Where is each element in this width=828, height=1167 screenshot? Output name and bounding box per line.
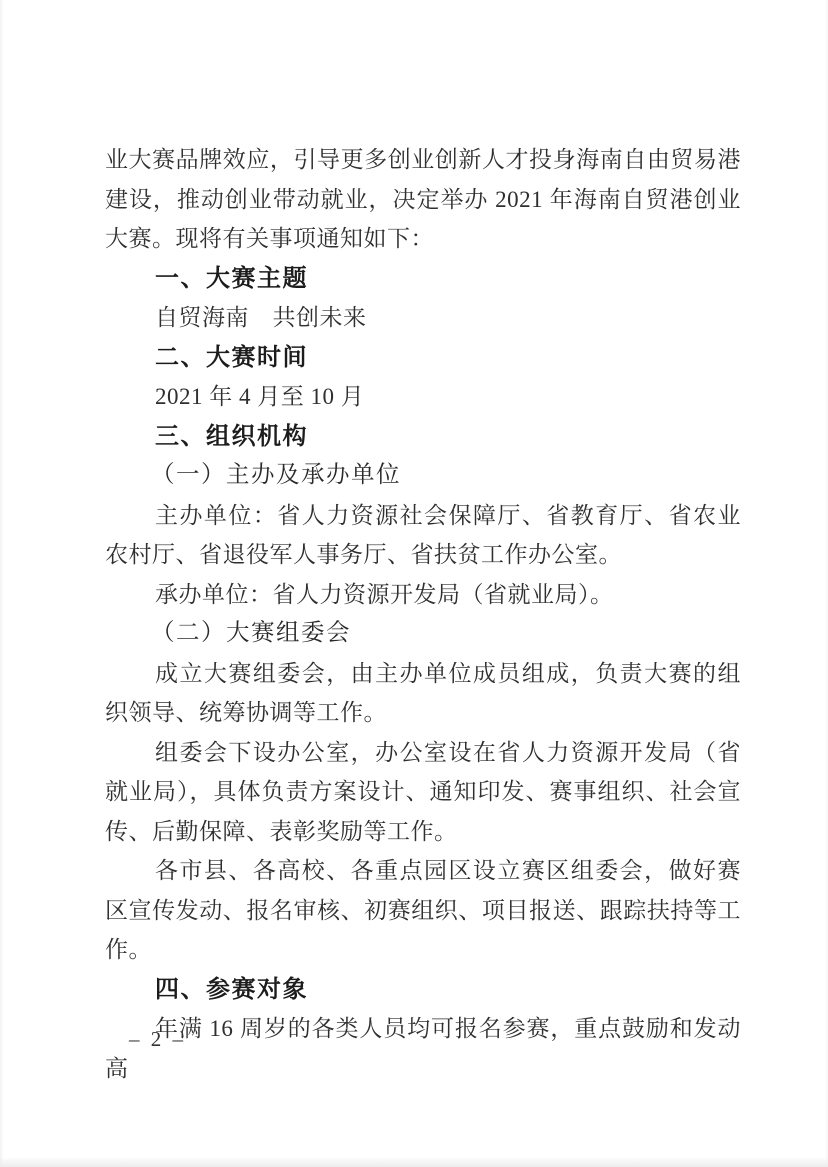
theme-text: 自贸海南 共创未来 bbox=[105, 298, 741, 338]
document-content: 业大赛品牌效应，引导更多创业创新人才投身海南自由贸易港建设，推动创业带动就业，决… bbox=[105, 140, 741, 1088]
undertaker-paragraph: 承办单位：省人力资源开发局（省就业局）。 bbox=[105, 575, 741, 615]
intro-paragraph: 业大赛品牌效应，引导更多创业创新人才投身海南自由贸易港建设，推动创业带动就业，决… bbox=[105, 140, 741, 259]
committee-paragraph-3: 各市县、各高校、各重点园区设立赛区组委会，做好赛区宣传发动、报名审核、初赛组织、… bbox=[105, 851, 741, 970]
page-edge-left bbox=[0, 0, 4, 1167]
time-text: 2021 年 4 月至 10 月 bbox=[105, 377, 741, 417]
section-heading-organization: 三、组织机构 bbox=[105, 417, 741, 457]
document-page: 业大赛品牌效应，引导更多创业创新人才投身海南自由贸易港建设，推动创业带动就业，决… bbox=[0, 0, 828, 1167]
page-edge-bottom bbox=[0, 1157, 828, 1167]
page-number: – 2 – bbox=[129, 1027, 186, 1052]
host-units-paragraph: 主办单位：省人力资源社会保障厅、省教育厅、省农业农村厅、省退役军人事务厅、省扶贫… bbox=[105, 496, 741, 575]
section-heading-participants: 四、参赛对象 bbox=[105, 970, 741, 1010]
committee-paragraph-2: 组委会下设办公室，办公室设在省人力资源开发局（省就业局），具体负责方案设计、通知… bbox=[105, 733, 741, 852]
subheading-host-units: （一）主办及承办单位 bbox=[105, 456, 741, 496]
subheading-organizing-committee: （二）大赛组委会 bbox=[105, 614, 741, 654]
committee-paragraph-1: 成立大赛组委会，由主办单位成员组成，负责大赛的组织领导、统筹协调等工作。 bbox=[105, 654, 741, 733]
participants-paragraph: 年满 16 周岁的各类人员均可报名参赛，重点鼓励和发动高 bbox=[105, 1009, 741, 1088]
section-heading-theme: 一、大赛主题 bbox=[105, 259, 741, 299]
section-heading-time: 二、大赛时间 bbox=[105, 338, 741, 378]
